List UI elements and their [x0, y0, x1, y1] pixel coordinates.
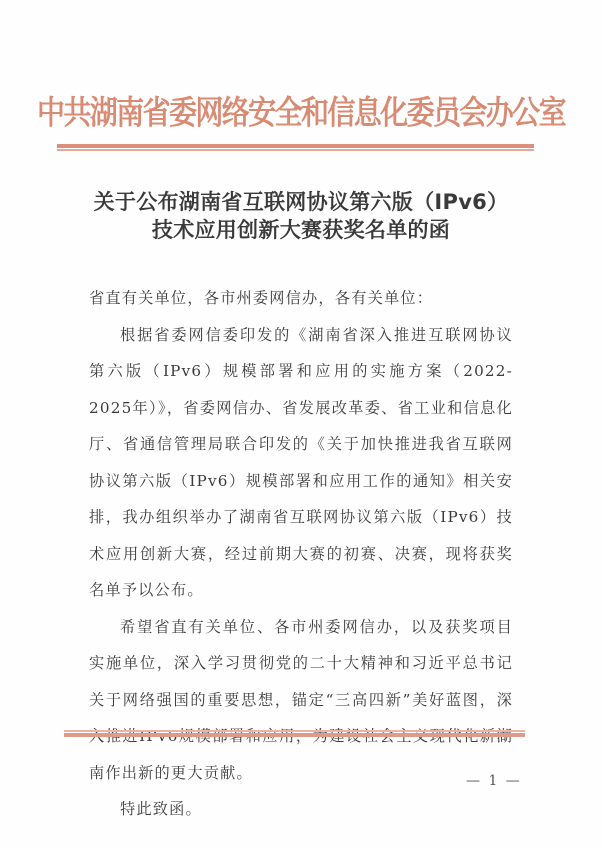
header-divider-thick	[57, 144, 534, 148]
paragraph-2: 希望省直有关单位、各市州委网信办，以及获奖项目实施单位，深入学习贯彻党的二十大精…	[89, 609, 513, 792]
title-line-1: 关于公布湖南省互联网协议第六版（IPv6）	[0, 188, 602, 216]
footer-divider-thin	[64, 730, 525, 732]
header-divider	[57, 144, 534, 152]
document-body: 省直有关单位，各市州委网信办，各有关单位： 根据省委网信委印发的《湖南省深入推进…	[89, 280, 513, 828]
paragraph-1: 根据省委网信委印发的《湖南省深入推进互联网协议第六版（IPv6）规模部署和应用的…	[89, 317, 513, 609]
organization-header: 中共湖南省委网络安全和信息化委员会办公室	[0, 90, 602, 136]
salutation: 省直有关单位，各市州委网信办，各有关单位：	[89, 280, 513, 317]
page-number: — 1 —	[466, 773, 522, 789]
header-divider-thin	[57, 149, 534, 151]
document-title: 关于公布湖南省互联网协议第六版（IPv6） 技术应用创新大赛获奖名单的函	[0, 188, 602, 244]
footer-divider-thick	[64, 733, 525, 737]
footer-divider	[64, 730, 525, 738]
title-line-2: 技术应用创新大赛获奖名单的函	[0, 216, 602, 244]
closing: 特此致函。	[89, 791, 513, 828]
